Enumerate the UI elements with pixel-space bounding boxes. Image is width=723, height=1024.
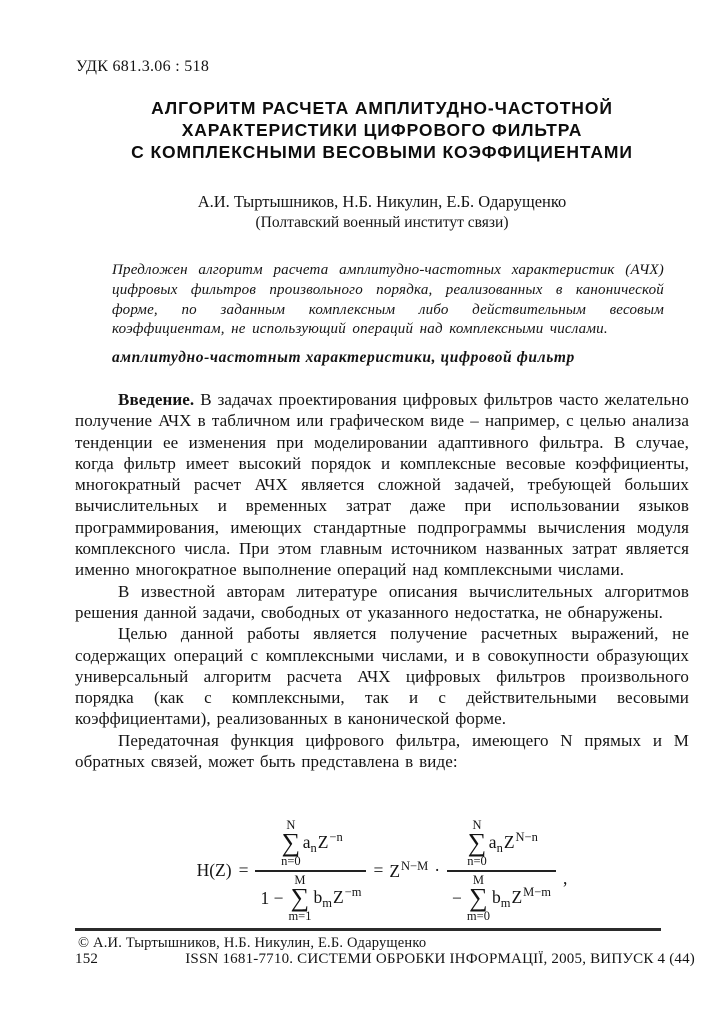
fraction-bar [447,870,556,872]
var: Z [389,861,400,881]
coef-sub: m [501,896,511,910]
var: Z [333,887,344,907]
intro-lead: Введение. [118,390,194,409]
paragraph-4: Передаточная функция цифрового фильтра, … [75,730,689,773]
sum-lower-limit: m=0 [467,909,490,923]
formula-middle: = ZN−M · [373,859,440,882]
sum-term: anZN−n [489,830,538,856]
article-body: Введение. В задачах проектирования цифро… [75,389,689,772]
fraction-left-denominator: 1 − M ∑ m=1 bmZ−m [255,873,366,924]
fraction-right: N ∑ n=0 anZN−n − M ∑ m=0 bmZM−m [447,818,556,924]
coef-sub: n [310,841,316,855]
fraction-right-denominator: − M ∑ m=0 bmZM−m [447,873,556,924]
den-prefix: − [452,888,462,909]
multiplication-dot: · [434,860,440,881]
sum-term: bmZM−m [492,885,551,911]
paragraph-3: Целью данной работы является получение р… [75,623,689,729]
sum-operator: M ∑ m=0 [467,873,490,924]
sum-operator: N ∑ n=0 [467,818,487,869]
fraction-right-numerator: N ∑ n=0 anZN−n [460,818,543,869]
coef-sub: n [497,841,503,855]
sigma-icon: ∑ [282,832,301,854]
paper-page: УДК 681.3.06 : 518 АЛГОРИТМ РАСЧЕТА АМПЛ… [0,0,723,1024]
exponent: M−m [523,885,551,899]
intro-paragraph-text: В задачах проектирования цифровых фильтр… [75,390,689,579]
transfer-function-formula: H(Z) = N ∑ n=0 anZ−n 1 − M ∑ m=1 bmZ−m [75,818,689,924]
paper-title-line-2: ХАРАКТЕРИСТИКИ ЦИФРОВОГО ФИЛЬТРА [75,120,689,142]
sum-lower-limit: n=0 [467,854,487,868]
paragraph-2: В известной авторам литературе описания … [75,581,689,624]
fraction-bar [255,870,366,872]
paper-title: АЛГОРИТМ РАСЧЕТА АМПЛИТУДНО-ЧАСТОТНОЙ ХА… [75,98,689,163]
sigma-icon: ∑ [469,887,488,909]
issn-line: ISSN 1681-7710. СИСТЕМИ ОБРОБКИ ІНФОРМАЦ… [185,951,695,968]
den-prefix: 1 − [260,888,283,909]
footer-divider [75,928,661,931]
authors-line: А.И. Тыртышников, Н.Б. Никулин, Е.Б. Ода… [75,192,689,212]
page-number: 152 [75,951,98,968]
formula-lhs: H(Z) [197,860,232,881]
abstract-text: Предложен алгоритм расчета амплитудно-ча… [112,261,664,340]
middle-equals: = [373,860,383,881]
sigma-icon: ∑ [468,832,487,854]
copyright-line: © А.И. Тыртышников, Н.Б. Никулин, Е.Б. О… [78,935,426,952]
exponent: −n [329,830,342,844]
paper-title-line-1: АЛГОРИТМ РАСЧЕТА АМПЛИТУДНО-ЧАСТОТНОЙ [75,98,689,120]
keywords-text: амплитудно-частотныт характеристики, циф… [112,349,672,367]
coef-sub: m [322,896,332,910]
udc-code: УДК 681.3.06 : 518 [76,58,209,76]
sum-operator: N ∑ n=0 [281,818,301,869]
formula-trailing-comma: , [563,868,567,889]
sum-lower-limit: m=1 [288,909,311,923]
sum-term: anZ−n [303,830,343,856]
formula-equals: = [239,860,249,881]
sum-term: bmZ−m [313,885,361,911]
sum-lower-limit: n=0 [281,854,301,868]
coef: a [489,832,497,852]
paper-title-line-3: С КОМПЛЕКСНЫМИ ВЕСОВЫМИ КОЭФФИЦИЕНТАМИ [75,142,689,164]
coef: b [492,887,501,907]
sigma-icon: ∑ [291,887,310,909]
exponent: N−M [401,859,428,873]
fraction-left: N ∑ n=0 anZ−n 1 − M ∑ m=1 bmZ−m [255,818,366,924]
coef: b [313,887,322,907]
footer-meta: 152 ISSN 1681-7710. СИСТЕМИ ОБРОБКИ ІНФО… [75,951,695,968]
exponent: N−n [516,830,538,844]
sum-operator: M ∑ m=1 [288,873,311,924]
var: Z [504,832,515,852]
exponent: −m [345,885,362,899]
intro-paragraph: Введение. В задачах проектирования цифро… [75,389,689,581]
var: Z [511,887,522,907]
fraction-left-numerator: N ∑ n=0 anZ−n [274,818,348,869]
z-power-term: ZN−M [389,859,428,882]
var: Z [318,832,329,852]
affiliation-line: (Полтавский военный институт связи) [75,214,689,232]
